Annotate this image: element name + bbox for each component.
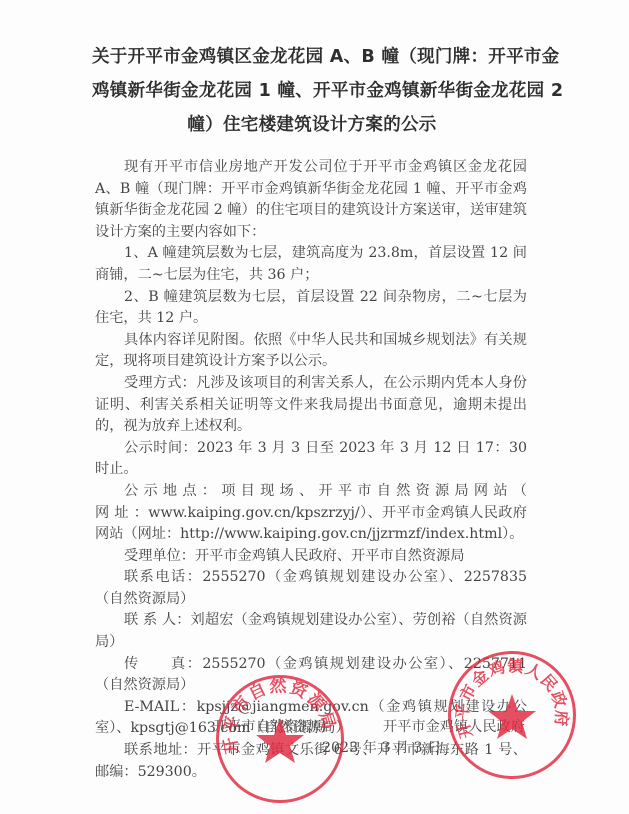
title-line-3: 幢）住宅楼建筑设计方案的公示 xyxy=(92,108,532,142)
title-line-1: 关于开平市金鸡镇区金龙花园 A、B 幢（现门牌：开平市金 xyxy=(92,40,532,74)
signature-date: 2023 年 3 月 3 日 xyxy=(322,737,441,757)
paragraph-notice-location: 公 示 地 点 ： 项 目 现 场 、 开 平 市 自 然 资 源 局 网 站 … xyxy=(95,481,527,546)
document-page: 关于开平市金鸡镇区金龙花园 A、B 幢（现门牌：开平市金 鸡镇新华街金龙花园 1… xyxy=(0,0,629,814)
paragraph-contact-phone: 联系电话：2555270（金鸡镇规划建设办公室）、2257835（自然资源局） xyxy=(95,567,527,610)
paragraph-intro: 现有开平市信业房地产开发公司位于开平市金鸡镇区金龙花园 A、B 幢（现门牌：开平… xyxy=(95,157,527,243)
document-body: 现有开平市信业房地产开发公司位于开平市金鸡镇区金龙花园 A、B 幢（现门牌：开平… xyxy=(95,157,527,783)
paragraph-notice-period: 公示时间：2023 年 3 月 3 日至 2023 年 3 月 12 日 17：… xyxy=(95,438,527,481)
paragraph-fax: 传 真：2555270（金鸡镇规划建设办公室）、2257711（自然资源局） xyxy=(95,654,527,697)
paragraph-building-b: 2、B 幢建筑层数为七层，首层设置 22 间杂物房，二~七层为住宅，共 12 户… xyxy=(95,287,527,330)
paragraph-accepting-units: 受理单位：开平市金鸡镇人民政府、开平市自然资源局 xyxy=(95,546,527,568)
paragraph-acceptance-method: 受理方式：凡涉及该项目的利害关系人，在公示期内凭本人身份证明、利害关系相关证明等… xyxy=(95,373,527,438)
paragraph-contact-person: 联 系 人：刘超宏（金鸡镇规划建设办公室）、劳创裕（自然资源局） xyxy=(95,610,527,653)
paragraph-legal-basis: 具体内容详见附图。依照《中华人民共和国城乡规划法》有关规定，现将项目建筑设计方案… xyxy=(95,330,527,373)
signatory-natural-resources-bureau: 开平市自然资源局 xyxy=(213,716,327,736)
paragraph-address: 联系地址：开平市金鸡镇文乐街 6 号、开平市新海东路 1 号、邮编：529300… xyxy=(95,740,527,783)
title-line-2: 鸡镇新华街金龙花园 1 幢、开平市金鸡镇新华街金龙花园 2 xyxy=(92,74,532,108)
signatory-town-government: 开平市金鸡镇人民政府 xyxy=(383,716,525,736)
document-title: 关于开平市金鸡镇区金龙花园 A、B 幢（现门牌：开平市金 鸡镇新华街金龙花园 1… xyxy=(92,40,532,142)
paragraph-building-a: 1、A 幢建筑层数为七层，建筑高度为 23.8m，首层设置 12 间商铺，二~七… xyxy=(95,243,527,286)
